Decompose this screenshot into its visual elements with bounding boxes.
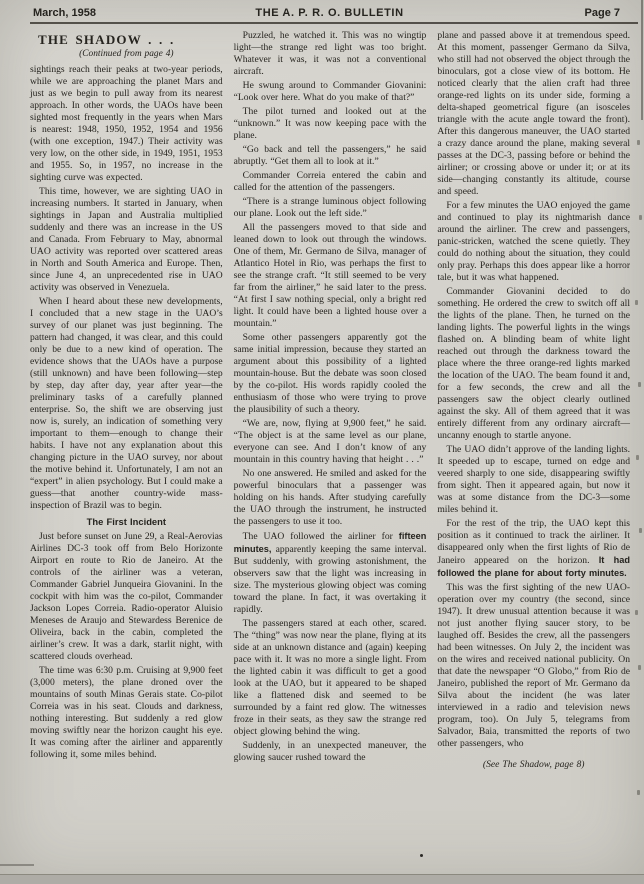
page-number: Page 7 [585, 7, 620, 19]
bulletin-page: March, 1958 THE A. P. R. O. BULLETIN Pag… [0, 0, 644, 884]
text-run: Commander Giovanini decided to do someth… [437, 286, 630, 441]
column-1: THE SHADOW . . .(Continued from page 4)s… [30, 30, 223, 862]
paragraph: The passengers stared at each other, sca… [234, 618, 427, 738]
scan-speck [635, 300, 638, 305]
scan-bottom-band [0, 874, 644, 884]
paragraph: Some other passengers apparently got the… [234, 332, 427, 416]
scan-speck [636, 455, 639, 460]
paragraph: For a few minutes the UAO enjoyed the ga… [437, 200, 630, 284]
paragraph: “There is a strange luminous object foll… [234, 196, 427, 220]
paragraph: sightings reach their peaks at two-year … [30, 64, 223, 184]
text-run: The First Incident [87, 516, 166, 527]
text-run: Commander Correia entered the cabin and … [234, 170, 427, 193]
paragraph: Commander Correia entered the cabin and … [234, 170, 427, 194]
paragraph: Commander Giovanini decided to do someth… [437, 286, 630, 442]
paragraph: The pilot turned and looked out at the “… [234, 106, 427, 142]
text-run: (See The Shadow, page 8) [483, 759, 585, 770]
scan-speck [638, 665, 641, 670]
bulletin-title: THE A. P. R. O. BULLETIN [255, 7, 403, 19]
paragraph: For the rest of the trip, the UAO kept t… [437, 518, 630, 580]
text-run: The pilot turned and looked out at the “… [234, 106, 427, 141]
scan-speck [637, 140, 640, 145]
scan-speck [637, 790, 640, 795]
article-title: THE SHADOW . . . [38, 34, 223, 46]
issue-date: March, 1958 [33, 7, 96, 19]
text-run: He swung around to Commander Giovanini: … [234, 80, 427, 103]
see-continuation-note: (See The Shadow, page 8) [437, 759, 630, 771]
article-body: THE SHADOW . . .(Continued from page 4)s… [30, 30, 630, 862]
text-run: No one answered. He smiled and asked for… [234, 468, 427, 527]
paragraph: The time was 6:30 p.m. Cruising at 9,900… [30, 665, 223, 761]
paragraph: The UAO followed the airliner for fiftee… [234, 530, 427, 616]
paragraph: Suddenly, in an unexpected maneuver, the… [234, 740, 427, 764]
scan-speck [639, 215, 642, 220]
paragraph: Just before sunset on June 29, a Real-Ae… [30, 531, 223, 663]
paragraph: “We are, now, flying at 9,900 feet,” he … [234, 418, 427, 466]
text-run: “Go back and tell the passengers,” he sa… [234, 144, 427, 167]
paragraph: When I heard about these new development… [30, 296, 223, 512]
paragraph: All the passengers moved to that side an… [234, 222, 427, 330]
text-run: Just before sunset on June 29, a Real-Ae… [30, 531, 223, 662]
scan-speck [420, 854, 423, 857]
continued-from-note: (Continued from page 4) [30, 48, 223, 60]
text-run: For a few minutes the UAO enjoyed the ga… [437, 200, 630, 283]
text-run: The UAO followed the airliner for [243, 531, 399, 542]
scan-dash [0, 864, 34, 866]
text-run: When I heard about these new development… [30, 296, 223, 511]
paragraph: The UAO didn’t approve of the landing li… [437, 444, 630, 516]
paragraph: This time, however, we are sighting UAO … [30, 186, 223, 294]
scan-speck [638, 382, 641, 387]
masthead: March, 1958 THE A. P. R. O. BULLETIN Pag… [33, 7, 626, 21]
paragraph: “Go back and tell the passengers,” he sa… [234, 144, 427, 168]
text-run: Some other passengers apparently got the… [234, 332, 427, 415]
column-2: Puzzled, he watched it. This was no wing… [234, 30, 427, 862]
text-run: (Continued from page 4) [79, 49, 173, 59]
text-run: This was the first sighting of the new U… [437, 582, 630, 749]
text-run: Puzzled, he watched it. This was no wing… [234, 30, 427, 77]
column-3: plane and passed above it at tremendous … [437, 30, 630, 862]
paragraph: He swung around to Commander Giovanini: … [234, 80, 427, 104]
text-run: The time was 6:30 p.m. Cruising at 9,900… [30, 665, 223, 760]
scan-speck [635, 610, 638, 615]
text-run: “We are, now, flying at 9,900 feet,” he … [234, 418, 427, 465]
text-run: All the passengers moved to that side an… [234, 222, 427, 329]
text-run: This time, however, we are sighting UAO … [30, 186, 223, 293]
scan-edge-line [641, 0, 643, 120]
section-heading: The First Incident [30, 516, 223, 528]
paragraph: plane and passed above it at tremendous … [437, 30, 630, 198]
text-run: sightings reach their peaks at two-year … [30, 64, 223, 183]
paragraph: No one answered. He smiled and asked for… [234, 468, 427, 528]
text-run: plane and passed above it at tremendous … [437, 30, 630, 197]
text-run: THE SHADOW . . . [38, 32, 174, 47]
text-run: “There is a strange luminous object foll… [234, 196, 427, 219]
text-run: Suddenly, in an unexpected maneuver, the… [234, 740, 427, 763]
text-run: The UAO didn’t approve of the landing li… [437, 444, 630, 515]
scan-speck [639, 528, 642, 533]
masthead-rule [30, 22, 638, 24]
paragraph: This was the first sighting of the new U… [437, 582, 630, 750]
text-run: apparently keeping the same interval. Bu… [234, 544, 427, 615]
text-run: The passengers stared at each other, sca… [234, 618, 427, 737]
paragraph: Puzzled, he watched it. This was no wing… [234, 30, 427, 78]
